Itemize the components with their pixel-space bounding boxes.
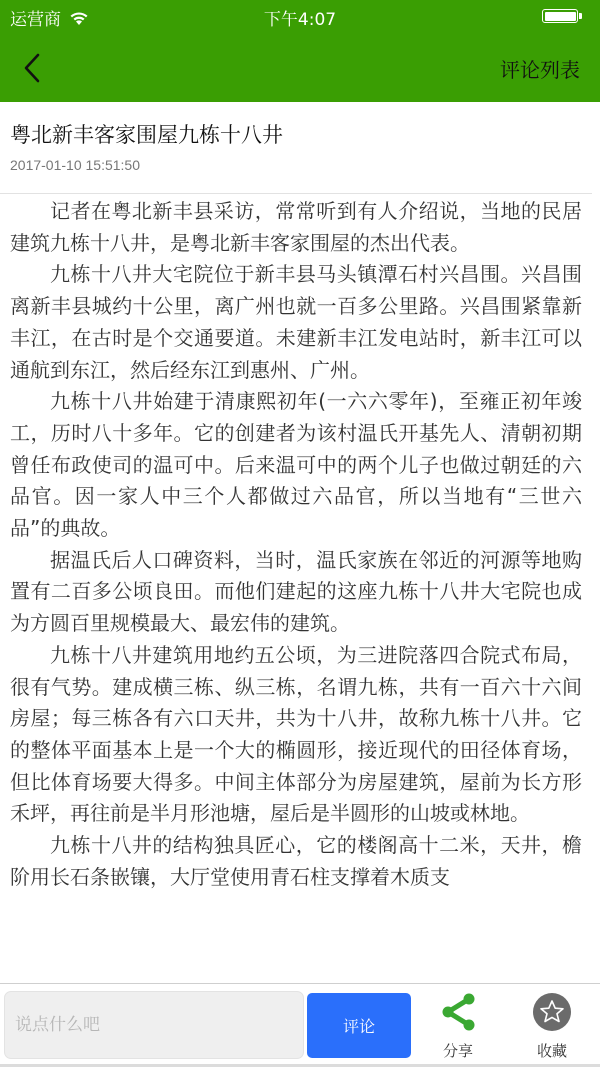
article-body[interactable]: 记者在粤北新丰县采访，常常听到有人介绍说，当地的民居建筑九栋十八井，是粤北新丰客…	[10, 196, 582, 986]
article-header: 粤北新丰客家围屋九栋十八井 2017-01-10 15:51:50	[0, 102, 600, 194]
back-button[interactable]	[14, 48, 54, 88]
favorite-label: 收藏	[537, 1040, 567, 1061]
status-bar: 运营商 下午4:07	[0, 0, 600, 34]
share-button[interactable]: 分享	[423, 992, 493, 1064]
chevron-left-icon	[14, 48, 54, 88]
battery-icon	[542, 9, 578, 23]
nav-bar: 评论列表	[0, 34, 600, 102]
comment-submit-button[interactable]: 评论	[307, 993, 411, 1058]
article-paragraph: 九栋十八井建筑用地约五公顷，为三进院落四合院式布局，很有气势。建成横三栋、纵三栋…	[10, 640, 582, 830]
top-bar: 运营商 下午4:07 评论列表	[0, 0, 600, 102]
article-paragraph: 记者在粤北新丰县采访，常常听到有人介绍说，当地的民居建筑九栋十八井，是粤北新丰客…	[10, 196, 582, 259]
article-date: 2017-01-10 15:51:50	[10, 157, 140, 173]
battery-tip	[579, 13, 582, 19]
article-paragraph: 九栋十八井大宅院位于新丰县马头镇潭石村兴昌围。兴昌围离新丰县城约十公里，离广州也…	[10, 259, 582, 386]
bottom-action-bar: 评论 分享 收藏	[0, 983, 600, 1067]
share-label: 分享	[443, 1040, 473, 1061]
divider	[0, 193, 592, 194]
share-icon	[438, 992, 478, 1032]
article-title: 粤北新丰客家围屋九栋十八井	[10, 119, 283, 149]
comment-input[interactable]	[4, 991, 304, 1059]
favorite-button[interactable]: 收藏	[517, 992, 587, 1064]
article-paragraph: 九栋十八井的结构独具匠心，它的楼阁高十二米，天井，檐阶用长石条嵌镶，大厅堂使用青…	[10, 830, 582, 893]
article-paragraph: 九栋十八井始建于清康熙初年(一六六零年)，至雍正初年竣工，历时八十多年。它的创建…	[10, 386, 582, 545]
article-paragraph: 据温氏后人口碑资料，当时，温氏家族在邻近的河源等地购置有二百多公顷良田。而他们建…	[10, 545, 582, 640]
comment-list-button[interactable]: 评论列表	[500, 54, 580, 83]
status-time: 下午4:07	[0, 5, 600, 30]
star-icon	[532, 992, 572, 1032]
